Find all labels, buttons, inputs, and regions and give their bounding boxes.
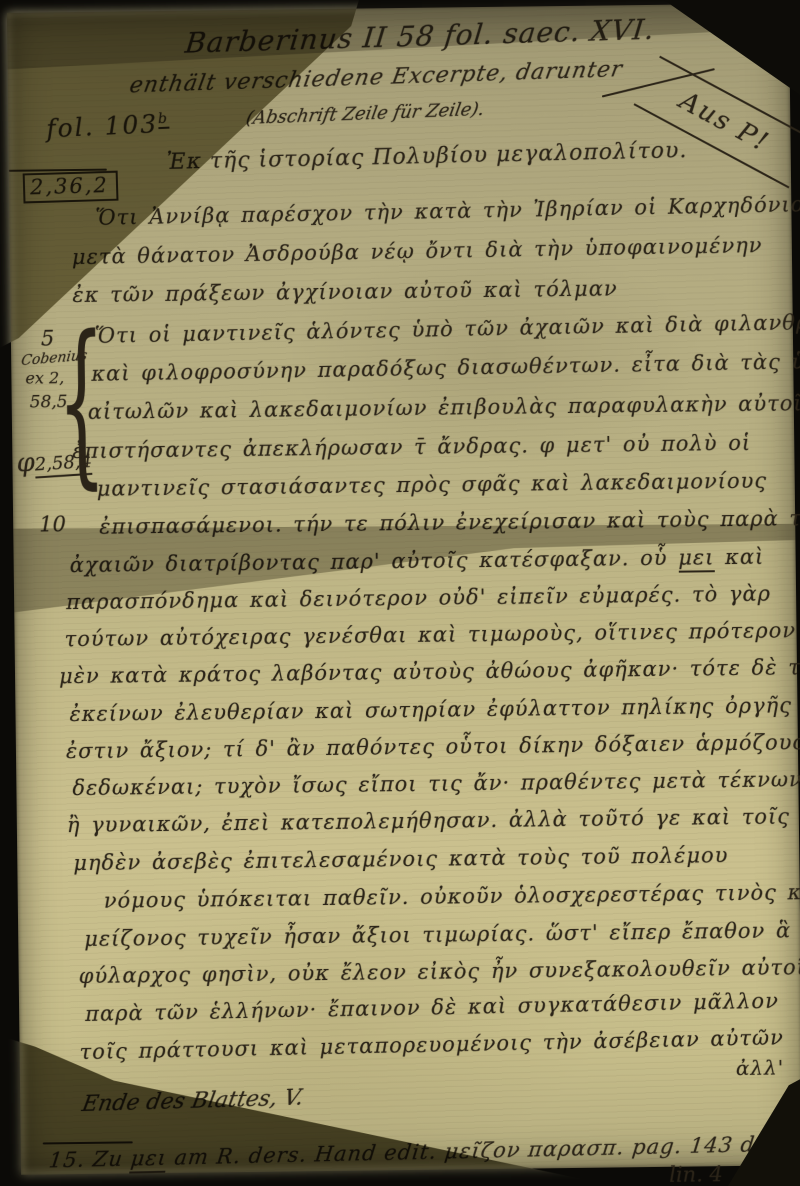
- text-line: μείζονος τυχεῖν ἦσαν ἄξιοι τιμωρίας. ὥστ…: [84, 918, 791, 951]
- underlined-word: μει: [678, 545, 714, 572]
- text-line: ἐστιν ἄξιον; τί δ' ἂν παθόντες οὗτοι δίκ…: [66, 730, 800, 763]
- text-line: αἰτωλῶν καὶ λακεδαιμονίων ἐπιβουλὰς παρα…: [88, 391, 800, 424]
- footnote-rule: [43, 1141, 133, 1144]
- folio-label: fol. 103b: [46, 109, 170, 144]
- manuscript-page: Barberinus II 58 fol. saec. XVI. enthält…: [7, 3, 800, 1174]
- footnote-line: 15. Zu μει am R. ders. Hand edit. μεῖζον…: [48, 1132, 757, 1172]
- reference-number: 2,58,4: [34, 451, 93, 479]
- text-line: μετὰ θάνατον Ἀσδρούβα νέῳ ὄντι διὰ τὴν ὑ…: [72, 233, 763, 269]
- footnote-segment: am R. ders. Hand edit. μεῖζον παρασπ. pa…: [166, 1132, 757, 1169]
- text-line: μαντινεῖς στασιάσαντες πρὸς σφᾶς καὶ λακ…: [97, 469, 768, 501]
- text-line: καὶ φιλοφροσύνην παραδόξως διασωθέντων. …: [91, 349, 800, 386]
- text-line: φύλαρχος φησὶν, οὐκ ἔλεον εἰκὸς ἦν συνεξ…: [79, 955, 800, 988]
- footnote-line-2: lin. 4: [669, 1162, 723, 1186]
- footnote-segment: 15. Zu: [48, 1146, 133, 1172]
- text-line: παρὰ τῶν ἑλλήνων· ἔπαινον δὲ καὶ συγκατά…: [85, 989, 779, 1026]
- page-title: Barberinus II 58 fol. saec. XVI.: [183, 13, 656, 60]
- text-line: νόμους ὑπόκειται παθεῖν. οὐκοῦν ὁλοσχερε…: [104, 880, 800, 913]
- text-line: ἐκείνων ἐλευθερίαν καὶ σωτηρίαν ἐφύλαττο…: [69, 693, 792, 726]
- end-of-leaf-note: Ende des Blattes, V.: [80, 1085, 306, 1117]
- text-line: τοῖς πράττουσι καὶ μεταπορευομένοις τὴν …: [79, 1025, 784, 1064]
- text-line: Ὅτι Ἀννίβᾳ παρέσχον τὴν κατὰ τὴν Ἰβηρίαν…: [95, 192, 800, 230]
- text-line: δεδωκέναι; τυχὸν ἴσως εἴποι τις ἄν· πραθ…: [72, 767, 800, 800]
- text-line: ἐπιστήσαντες ἀπεκλήρωσαν τ̄ ἄνδρας. φ με…: [72, 431, 751, 463]
- text-line: τούτων αὐτόχειρας γενέσθαι καὶ τιμωροὺς,…: [64, 618, 796, 651]
- hanging-word: ἀλλ': [736, 1055, 785, 1080]
- text-line: ἀχαιῶν διατρίβοντας παρ' αὐτοῖς κατέσφαξ…: [70, 545, 765, 577]
- text-line: μὲν κατὰ κράτος λαβόντας αὐτοὺς ἀθώους ἀ…: [59, 655, 800, 688]
- text-line: ἐπισπασάμενοι. τήν τε πόλιν ἐνεχείρισαν …: [99, 506, 800, 539]
- copy-note: (Abschrift Zeile für Zeile).: [244, 99, 486, 129]
- text-line: Ὅτι οἱ μαντινεῖς ἁλόντες ὑπὸ τῶν ἀχαιῶν …: [95, 309, 800, 348]
- folio-number: fol. 103: [46, 109, 159, 143]
- text-segment: ἀχαιῶν διατρίβοντας παρ' αὐτοῖς κατέσφαξ…: [70, 546, 679, 577]
- footnote-underlined-word: μει: [129, 1146, 168, 1174]
- margin-line-number-10: 10: [39, 512, 66, 536]
- text-line: ἢ γυναικῶν, ἐπεὶ κατεπολεμήθησαν. ἀλλὰ τ…: [67, 804, 790, 837]
- text-segment: καὶ: [714, 545, 764, 570]
- reference-2-36-2: 2,36,2: [23, 171, 119, 204]
- excerpt-title: Ἐκ τῆς ἱστορίας Πολυβίου μεγαλοπολίτου.: [166, 138, 687, 175]
- text-line: ἐκ τῶν πράξεων ἀγχίνοιαν αὐτοῦ καὶ τόλμα…: [72, 276, 618, 307]
- manuscript-photo: Barberinus II 58 fol. saec. XVI. enthält…: [0, 0, 800, 1186]
- margin-line-number-5: 5: [41, 326, 55, 350]
- margin-reference-2-58-4: φ2,58,4: [16, 444, 93, 479]
- reference-mark: φ: [16, 448, 36, 479]
- text-line: παρασπόνδημα καὶ δεινότερον οὐδ' εἰπεῖν …: [66, 582, 771, 615]
- source-siglum-label: Aus P!: [634, 56, 800, 189]
- text-line: μηδὲν ἀσεβὲς ἐπιτελεσαμένοις κατὰ τοὺς τ…: [73, 843, 728, 875]
- subtitle: enthält verschiedene Excerpte, darunter: [128, 57, 625, 99]
- folio-side: b: [158, 110, 170, 128]
